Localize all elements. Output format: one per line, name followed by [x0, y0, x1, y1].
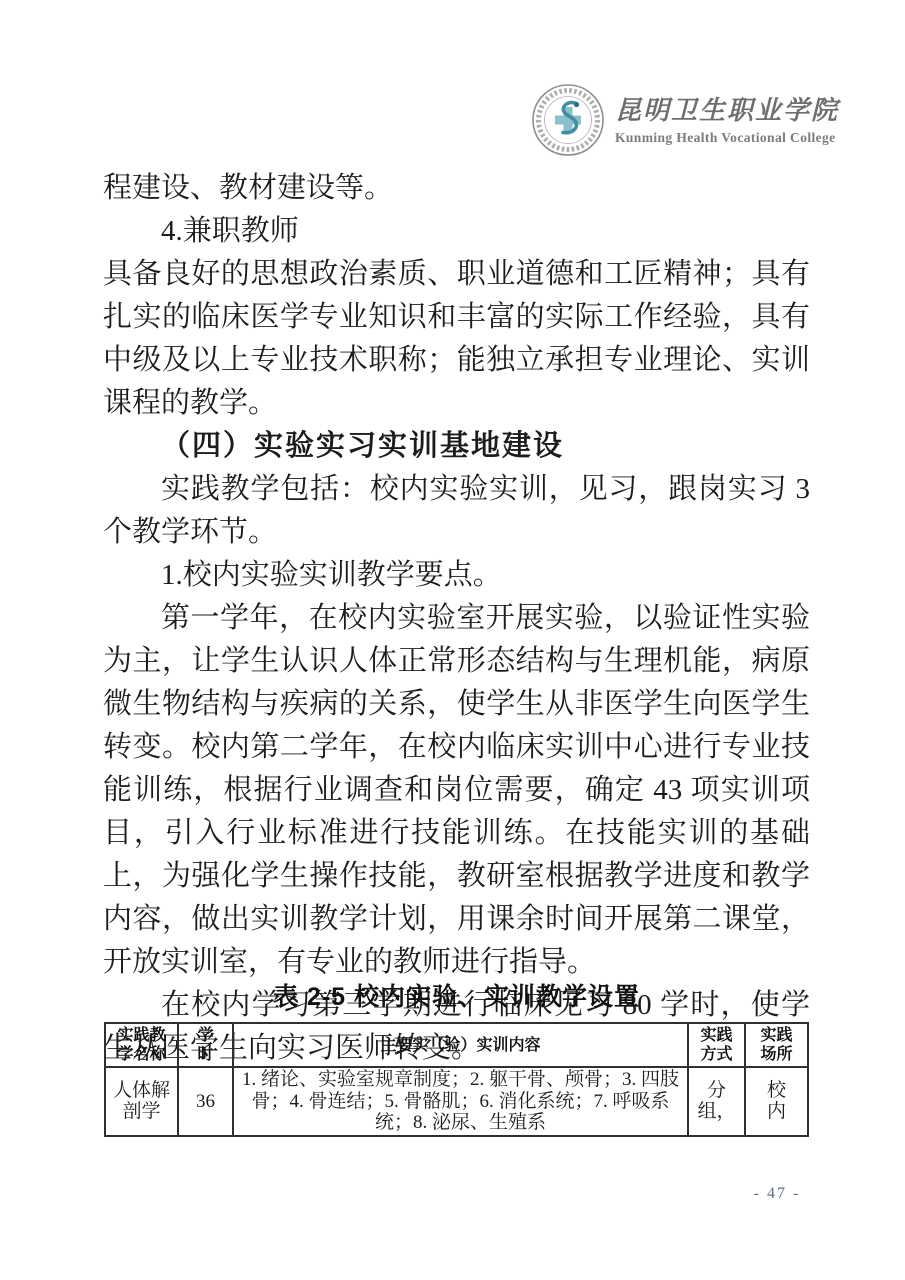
col-header-practice-name: 实践教 学名称 — [105, 1023, 178, 1067]
cell-content: 1. 绪论、实验室规章制度；2. 躯干骨、颅骨；3. 四肢骨；4. 骨连结；5.… — [233, 1067, 688, 1136]
seal-cross — [555, 107, 581, 133]
body-paragraph: 第一学年，在校内实验室开展实验，以验证性实验为主，让学生认识人体正常形态结构与生… — [103, 597, 810, 984]
cell-hours: 36 — [178, 1067, 233, 1136]
table-title: 表 2-5 校内实验、实训教学设置 — [103, 977, 810, 1013]
college-name-chinese: 昆明卫生职业学院 — [615, 94, 839, 128]
table-section: 表 2-5 校内实验、实训教学设置 实践教 学名称 学 时 主要实（验）实训内容… — [103, 977, 810, 1137]
document-page: 昆明卫生职业学院 Kunming Health Vocational Colle… — [0, 0, 905, 1280]
body-text: 程建设、教材建设等。 4.兼职教师 具备良好的思想政治素质、职业道德和工匠精神；… — [103, 167, 810, 1070]
table-header-row: 实践教 学名称 学 时 主要实（验）实训内容 实践 方式 实践 场所 — [105, 1023, 808, 1067]
body-paragraph: 程建设、教材建设等。 — [103, 167, 810, 210]
college-logo: 昆明卫生职业学院 Kunming Health Vocational Colle… — [530, 82, 839, 158]
col-header-hours: 学 时 — [178, 1023, 233, 1067]
college-names: 昆明卫生职业学院 Kunming Health Vocational Colle… — [615, 94, 839, 146]
college-seal-icon — [530, 82, 606, 158]
cell-course-name: 人体解 剖学 — [105, 1067, 178, 1136]
list-item-campus-training-points: 1.校内实验实训教学要点。 — [103, 554, 810, 597]
body-paragraph: 实践教学包括：校内实验实训，见习，跟岗实习 3 个教学环节。 — [103, 468, 810, 554]
college-name-english: Kunming Health Vocational College — [615, 130, 839, 146]
col-header-place: 实践 场所 — [745, 1023, 808, 1067]
list-item-part-time-teachers: 4.兼职教师 — [103, 210, 810, 253]
practice-teaching-table: 实践教 学名称 学 时 主要实（验）实训内容 实践 方式 实践 场所 人体解 剖… — [104, 1022, 809, 1137]
col-header-method: 实践 方式 — [688, 1023, 745, 1067]
cell-place: 校 内 — [745, 1067, 808, 1136]
col-header-main-content: 主要实（验）实训内容 — [233, 1023, 688, 1067]
section-heading-practice-base: （四）实验实习实训基地建设 — [103, 425, 810, 468]
cell-method: 分 组， — [688, 1067, 745, 1136]
table-row: 人体解 剖学 36 1. 绪论、实验室规章制度；2. 躯干骨、颅骨；3. 四肢骨… — [105, 1067, 808, 1136]
page-number: - 47 - — [736, 1185, 818, 1203]
body-paragraph: 具备良好的思想政治素质、职业道德和工匠精神；具有扎实的临床医学专业知识和丰富的实… — [103, 253, 810, 425]
